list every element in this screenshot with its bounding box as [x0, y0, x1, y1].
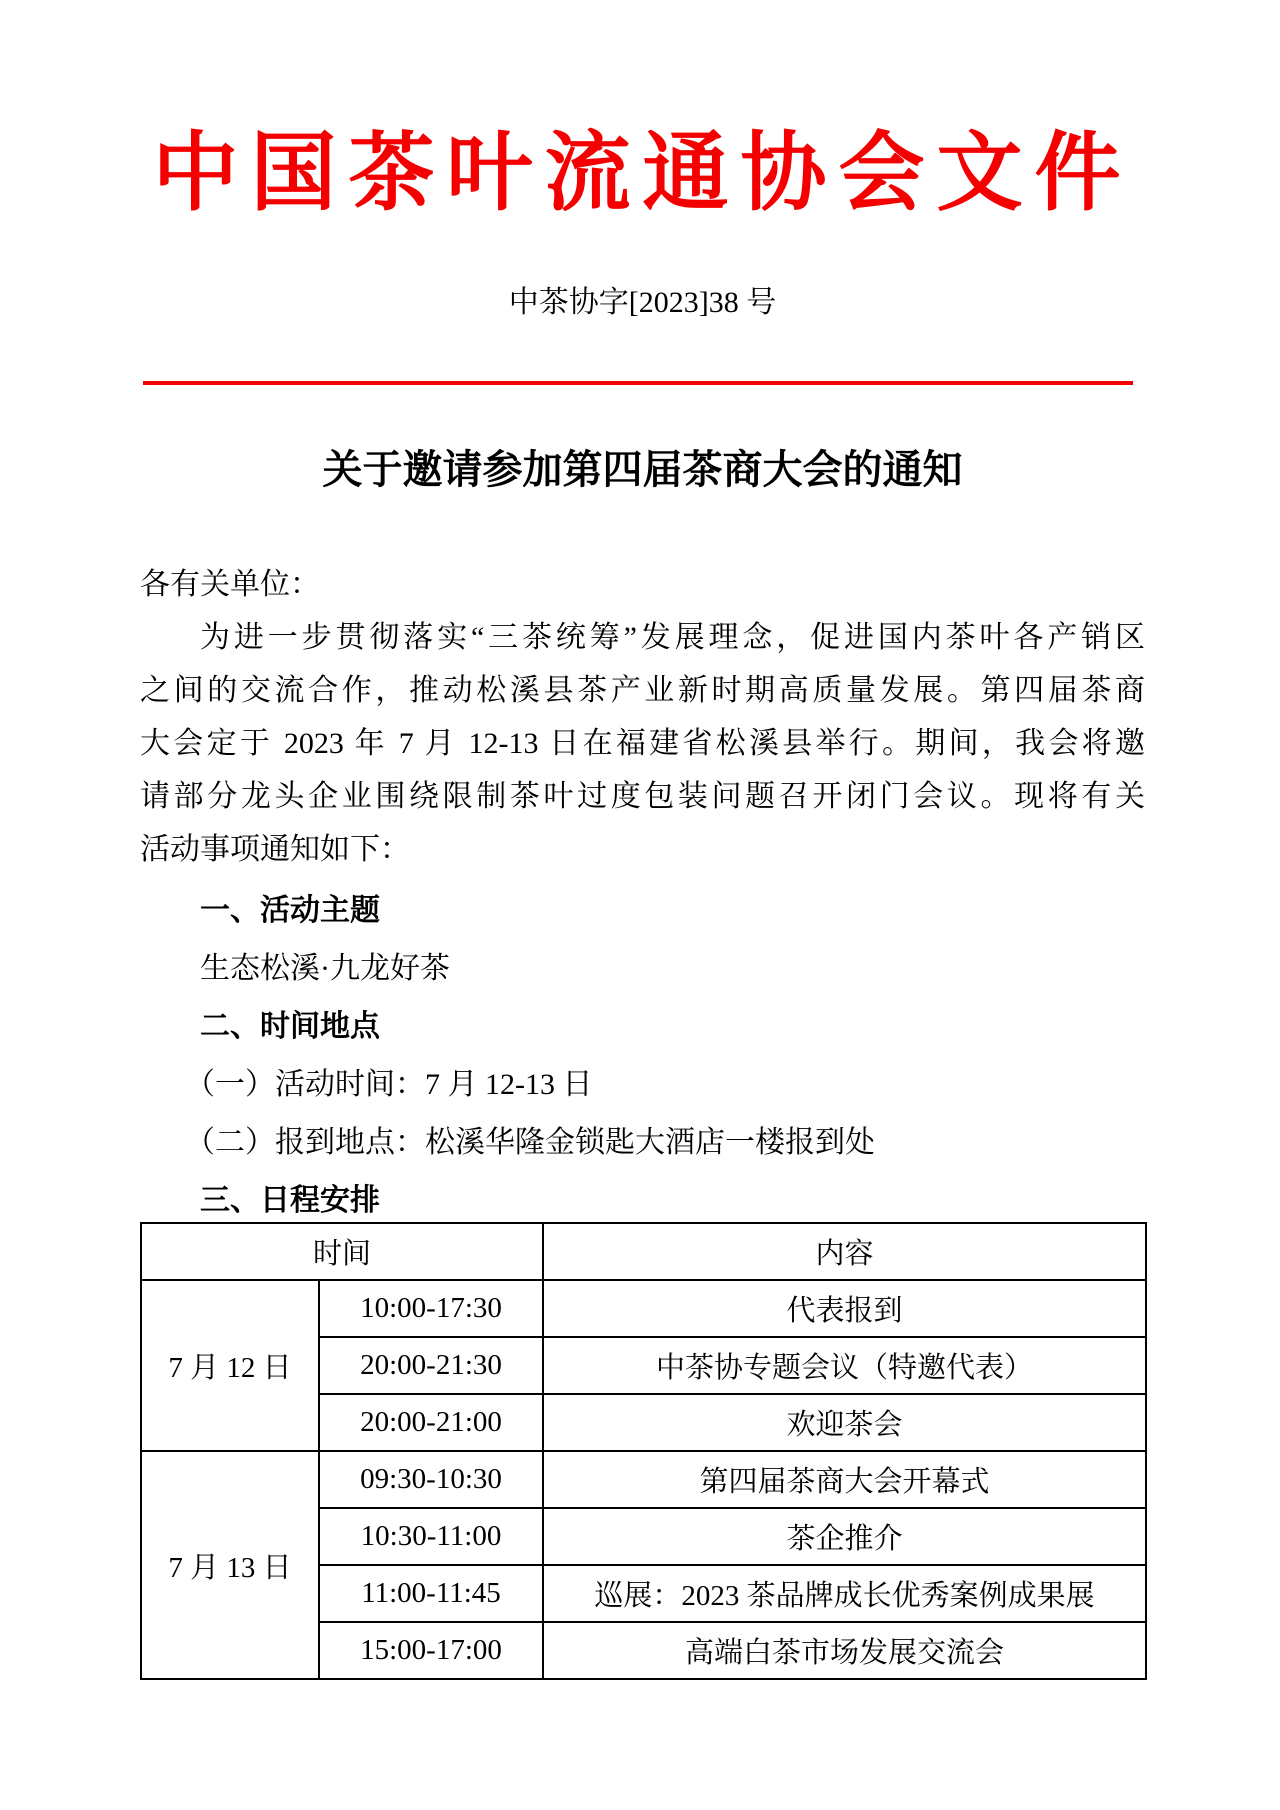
- table-cell-content: 欢迎茶会: [543, 1394, 1146, 1451]
- document-title: 关于邀请参加第四届茶商大会的通知: [140, 446, 1145, 494]
- body-paragraph: 各有关单位： 为进一步贯彻落实“三茶统筹”发展理念，促进国内茶叶各产销区 之间的…: [140, 558, 1145, 876]
- paragraph-line: 请部分龙头企业围绕限制茶叶过度包装问题召开闭门会议。现将有关: [140, 770, 1145, 823]
- table-cell-content: 茶企推介: [543, 1508, 1146, 1565]
- table-cell-content: 高端白茶市场发展交流会: [543, 1622, 1146, 1679]
- paragraph-line: 为进一步贯彻落实“三茶统筹”发展理念，促进国内茶叶各产销区: [140, 611, 1145, 664]
- table-cell-content: 中茶协专题会议（特邀代表）: [543, 1337, 1146, 1394]
- schedule-table-wrapper: 时间 内容 7 月 12 日 10:00-17:30 代表报到 20:00-21…: [140, 1222, 1147, 1680]
- header-cell-time: 时间: [141, 1223, 543, 1280]
- sections-block: 一、活动主题 生态松溪·九龙好茶 二、时间地点 （一）活动时间：7 月 12-1…: [140, 882, 1145, 1230]
- table-row: 7 月 12 日 10:00-17:30 代表报到: [141, 1280, 1146, 1337]
- red-divider-rule: [143, 381, 1133, 385]
- document-page: 中国茶叶流通协会文件 中茶协字[2023]38 号 关于邀请参加第四届茶商大会的…: [0, 0, 1280, 1810]
- document-number: 中茶协字[2023]38 号: [140, 284, 1145, 322]
- section-heading-activity-theme: 一、活动主题: [140, 882, 1145, 940]
- salutation-line: 各有关单位：: [140, 558, 1145, 611]
- header-cell-content: 内容: [543, 1223, 1146, 1280]
- table-cell-time: 20:00-21:30: [319, 1337, 543, 1394]
- table-cell-date: 7 月 12 日: [141, 1280, 319, 1451]
- activity-theme-content: 生态松溪·九龙好茶: [140, 940, 1145, 998]
- activity-time-item: （一）活动时间：7 月 12-13 日: [140, 1056, 1145, 1114]
- table-cell-time: 11:00-11:45: [319, 1565, 543, 1622]
- letterhead-title: 中国茶叶流通协会文件: [140, 124, 1145, 222]
- table-cell-time: 15:00-17:00: [319, 1622, 543, 1679]
- table-cell-time: 10:00-17:30: [319, 1280, 543, 1337]
- paragraph-line: 活动事项通知如下：: [140, 823, 1145, 876]
- section-heading-time-place: 二、时间地点: [140, 998, 1145, 1056]
- table-cell-content: 代表报到: [543, 1280, 1146, 1337]
- schedule-table: 时间 内容 7 月 12 日 10:00-17:30 代表报到 20:00-21…: [140, 1222, 1147, 1680]
- table-cell-time: 10:30-11:00: [319, 1508, 543, 1565]
- table-cell-date: 7 月 13 日: [141, 1451, 319, 1679]
- table-cell-time: 20:00-21:00: [319, 1394, 543, 1451]
- table-cell-content: 巡展：2023 茶品牌成长优秀案例成果展: [543, 1565, 1146, 1622]
- paragraph-line: 之间的交流合作，推动松溪县茶产业新时期高质量发展。第四届茶商: [140, 664, 1145, 717]
- paragraph-line: 大会定于 2023 年 7 月 12-13 日在福建省松溪县举行。期间，我会将邀: [140, 717, 1145, 770]
- checkin-place-item: （二）报到地点：松溪华隆金锁匙大酒店一楼报到处: [140, 1114, 1145, 1172]
- table-cell-time: 09:30-10:30: [319, 1451, 543, 1508]
- table-header-row: 时间 内容: [141, 1223, 1146, 1280]
- table-cell-content: 第四届茶商大会开幕式: [543, 1451, 1146, 1508]
- table-row: 7 月 13 日 09:30-10:30 第四届茶商大会开幕式: [141, 1451, 1146, 1508]
